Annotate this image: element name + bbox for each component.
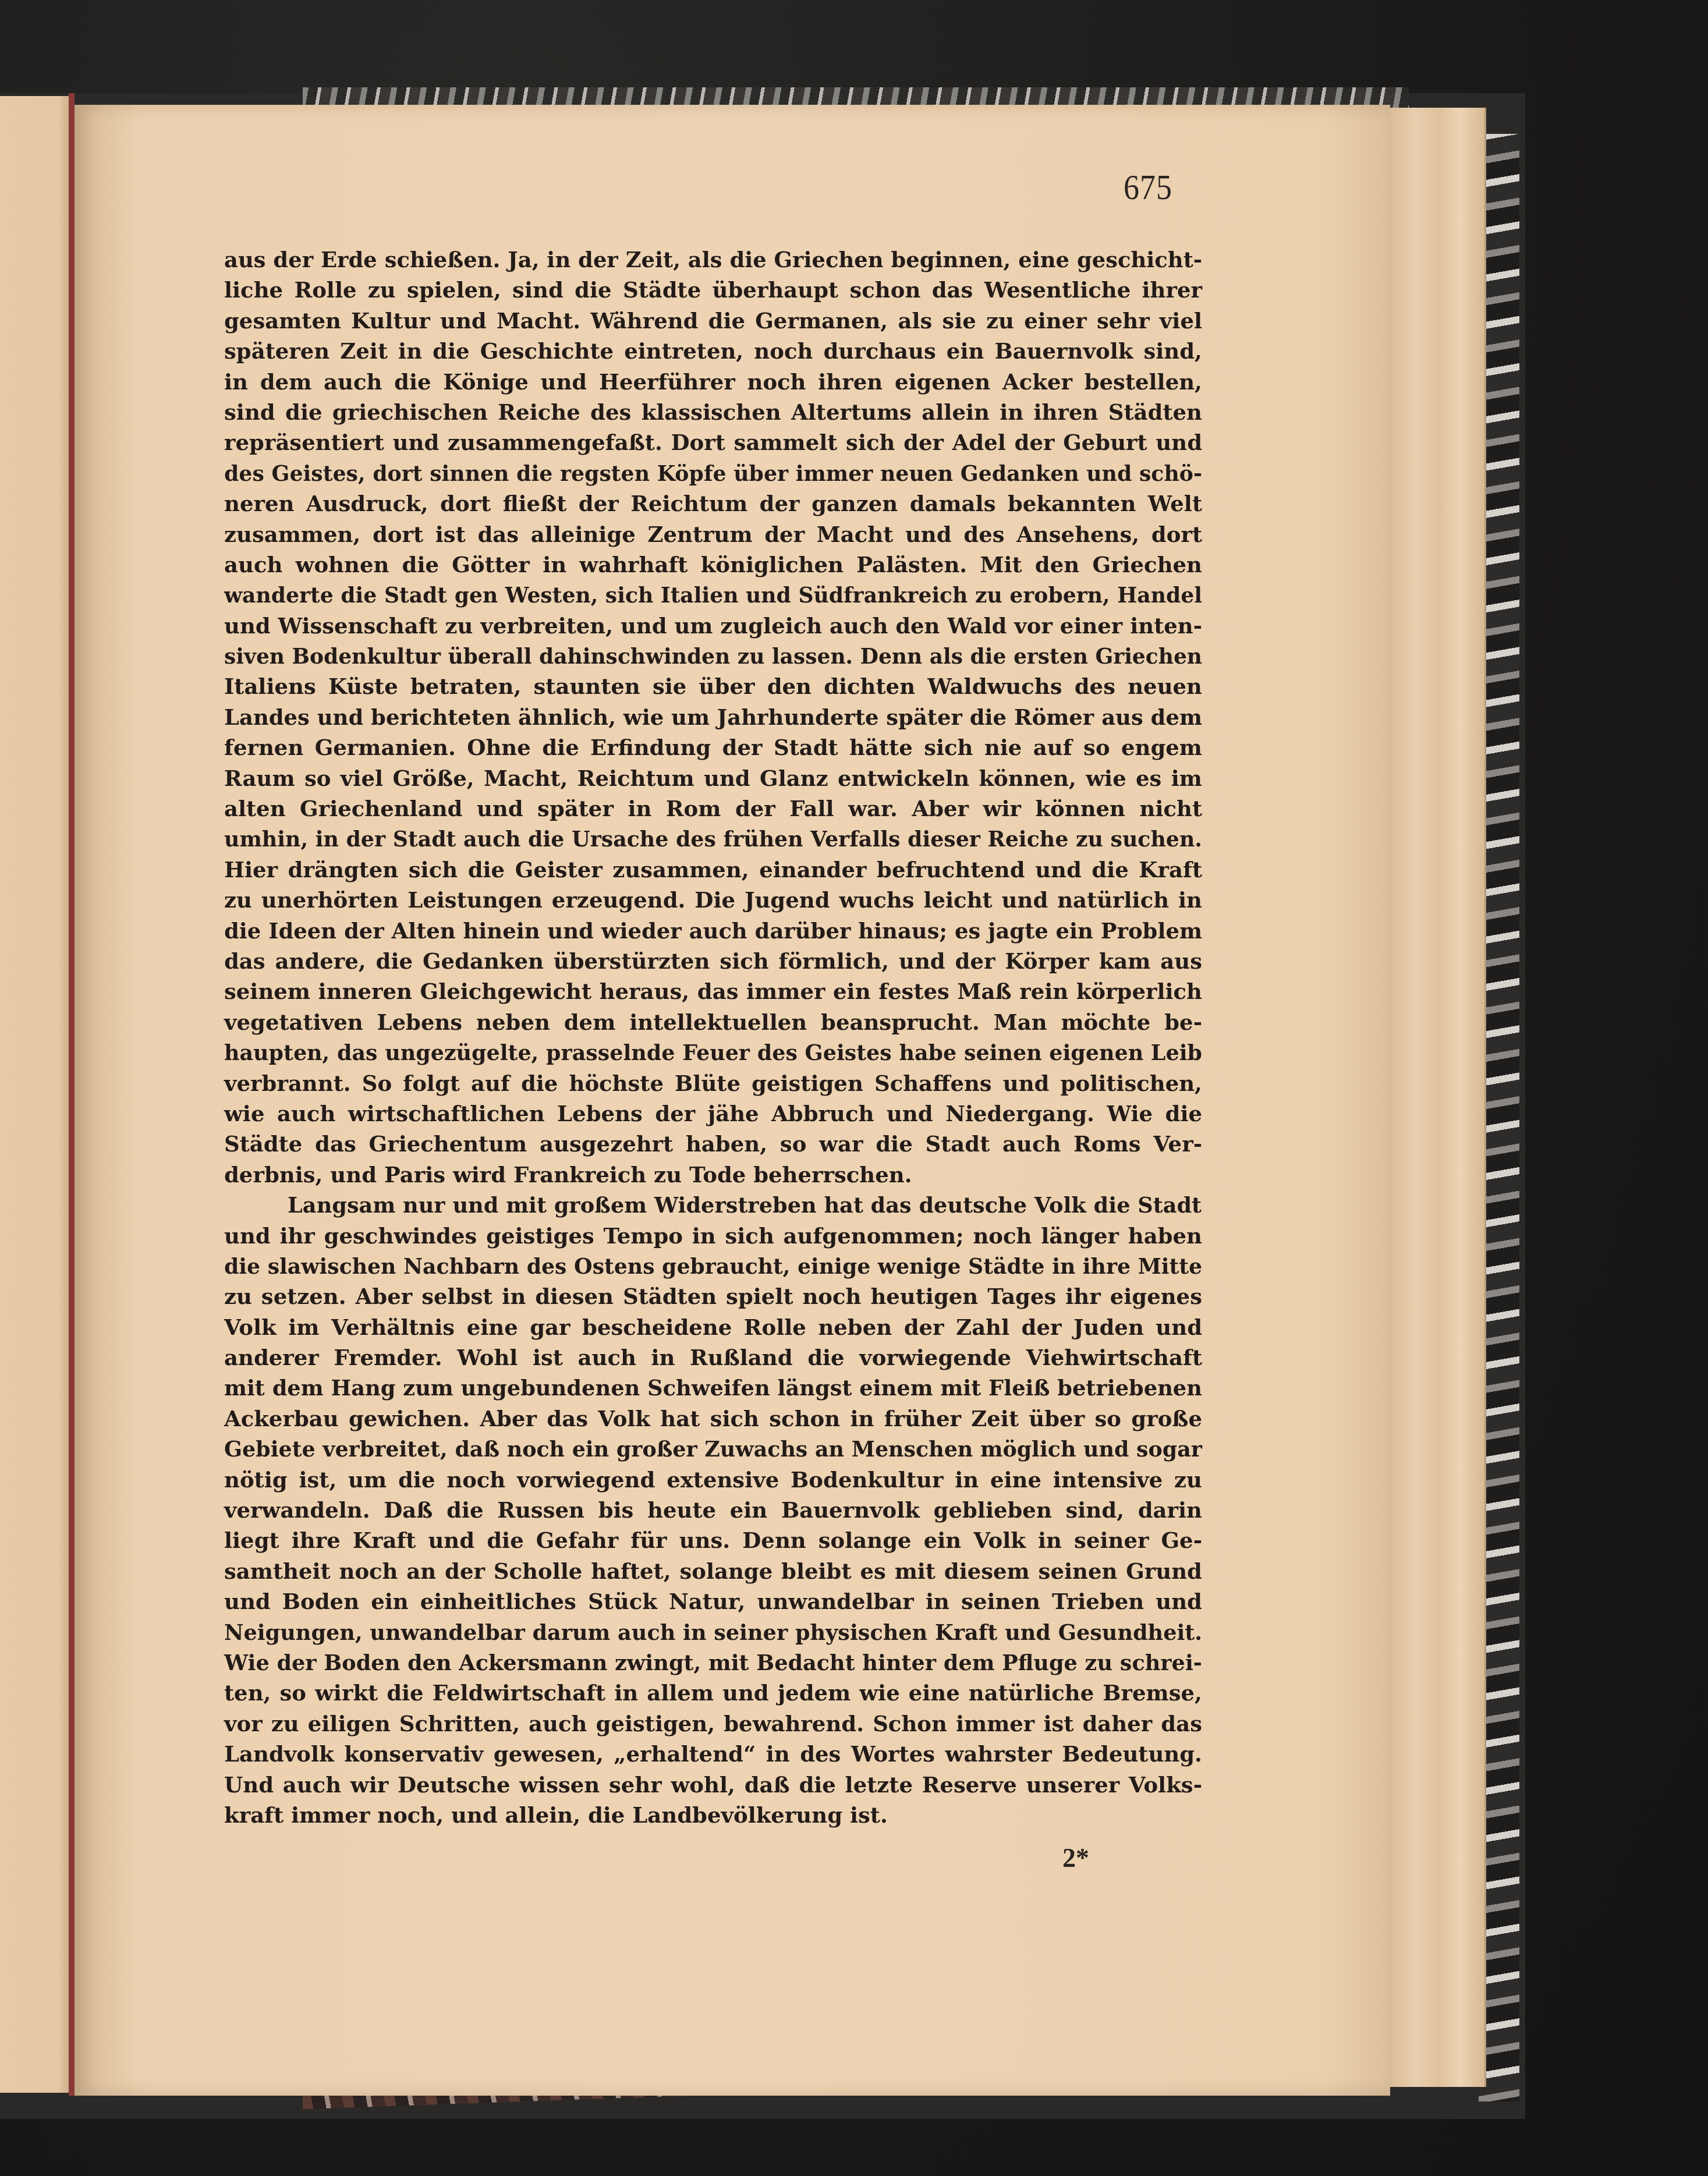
- page-number: 675: [1124, 166, 1172, 207]
- text-line: Landes und berichteten ähnlich, wie um J…: [224, 702, 1202, 732]
- text-line: fernen Germanien. Ohne die Erfindung der…: [224, 732, 1202, 763]
- text-line: Hier drängten sich die Geister zusammen,…: [224, 855, 1202, 885]
- text-line: und Wissenschaft zu verbreiten, und um z…: [224, 611, 1202, 641]
- text-line: zu unerhörten Leistungen erzeugend. Die …: [224, 885, 1202, 915]
- text-line: Italiens Küste betraten, staunten sie üb…: [224, 671, 1202, 701]
- text-line: vegetativen Lebens neben dem intellektue…: [224, 1007, 1202, 1037]
- text-line: des Geistes, dort sinnen die regsten Köp…: [224, 458, 1202, 488]
- text-line: anderer Fremder. Wohl ist auch in Rußlan…: [224, 1342, 1202, 1373]
- text-line: zu setzen. Aber selbst in diesen Städten…: [224, 1281, 1202, 1312]
- text-line: Gebiete verbreitet, daß noch ein großer …: [224, 1434, 1202, 1464]
- text-line: haupten, das ungezügelte, prasselnde Feu…: [224, 1037, 1202, 1068]
- text-line: verwandeln. Daß die Russen bis heute ein…: [224, 1495, 1202, 1525]
- text-line: Wie der Boden den Ackersmann zwingt, mit…: [224, 1647, 1202, 1678]
- text-line: Raum so viel Größe, Macht, Reichtum und …: [224, 763, 1202, 793]
- text-line: gesamten Kultur und Macht. Während die G…: [224, 306, 1202, 336]
- text-line: liegt ihre Kraft und die Gefahr für uns.…: [224, 1525, 1202, 1555]
- text-line: siven Bodenkultur überall dahinschwinden…: [224, 641, 1202, 671]
- text-line: verbrannt. So folgt auf die höchste Blüt…: [224, 1068, 1202, 1098]
- text-line: Ackerbau gewichen. Aber das Volk hat sic…: [224, 1404, 1202, 1434]
- text-line: liche Rolle zu spielen, sind die Städte …: [224, 275, 1202, 305]
- text-line: zusammen, dort ist das alleinige Zentrum…: [224, 519, 1202, 550]
- body-text: aus der Erde schießen. Ja, in der Zeit, …: [224, 244, 1202, 1830]
- text-line: umhin, in der Stadt auch die Ursache des…: [224, 824, 1202, 854]
- text-line: wie auch wirtschaftlichen Lebens der jäh…: [224, 1098, 1202, 1129]
- text-line: aus der Erde schießen. Ja, in der Zeit, …: [224, 244, 1202, 275]
- text-line: Und auch wir Deutsche wissen sehr wohl, …: [224, 1770, 1202, 1800]
- text-line: Landvolk konservativ gewesen, „erhaltend…: [224, 1739, 1202, 1769]
- text-line: neren Ausdruck, dort fließt der Reichtum…: [224, 488, 1202, 519]
- text-line: mit dem Hang zum ungebundenen Schweifen …: [224, 1373, 1202, 1403]
- text-line: und Boden ein einheitliches Stück Natur,…: [224, 1586, 1202, 1617]
- left-page-edge: [0, 96, 73, 2093]
- page-stack-edge: [1385, 108, 1486, 2087]
- text-line: ten, so wirkt die Feldwirtschaft in alle…: [224, 1678, 1202, 1708]
- text-line: auch wohnen die Götter in wahrhaft könig…: [224, 550, 1202, 580]
- text-line: seinem inneren Gleichgewicht heraus, das…: [224, 976, 1202, 1007]
- text-line: samtheit noch an der Scholle haftet, sol…: [224, 1556, 1202, 1586]
- text-line: das andere, die Gedanken überstürzten si…: [224, 946, 1202, 976]
- text-line: derbnis, und Paris wird Frankreich zu To…: [224, 1160, 1202, 1190]
- text-line: Volk im Verhältnis eine gar bescheidene …: [224, 1312, 1202, 1342]
- signature-mark: 2*: [1062, 1842, 1089, 1873]
- text-line: kraft immer noch, und allein, die Landbe…: [224, 1800, 1202, 1830]
- text-line: alten Griechenland und später in Rom der…: [224, 793, 1202, 824]
- text-line: Städte das Griechentum ausgezehrt haben,…: [224, 1129, 1202, 1159]
- text-line: vor zu eiligen Schritten, auch geistigen…: [224, 1709, 1202, 1739]
- text-line: in dem auch die Könige und Heerführer no…: [224, 367, 1202, 397]
- text-line: Neigungen, unwandelbar darum auch in sei…: [224, 1617, 1202, 1647]
- text-line: die slawischen Nachbarn des Ostens gebra…: [224, 1251, 1202, 1281]
- text-line: repräsentiert und zusammengefaßt. Dort s…: [224, 427, 1202, 458]
- text-line: Langsam nur und mit großem Widerstreben …: [224, 1190, 1266, 1220]
- text-line: wanderte die Stadt gen Westen, sich Ital…: [224, 580, 1202, 610]
- text-line: sind die griechischen Reiche des klassis…: [224, 397, 1202, 427]
- text-line: die Ideen der Alten hinein und wieder au…: [224, 916, 1202, 946]
- spine-binding: [69, 93, 75, 2096]
- text-line: und ihr geschwindes geistiges Tempo in s…: [224, 1221, 1202, 1251]
- text-line: nötig ist, um die noch vorwiegend extens…: [224, 1465, 1202, 1495]
- text-line: späteren Zeit in die Geschichte eintrete…: [224, 336, 1202, 366]
